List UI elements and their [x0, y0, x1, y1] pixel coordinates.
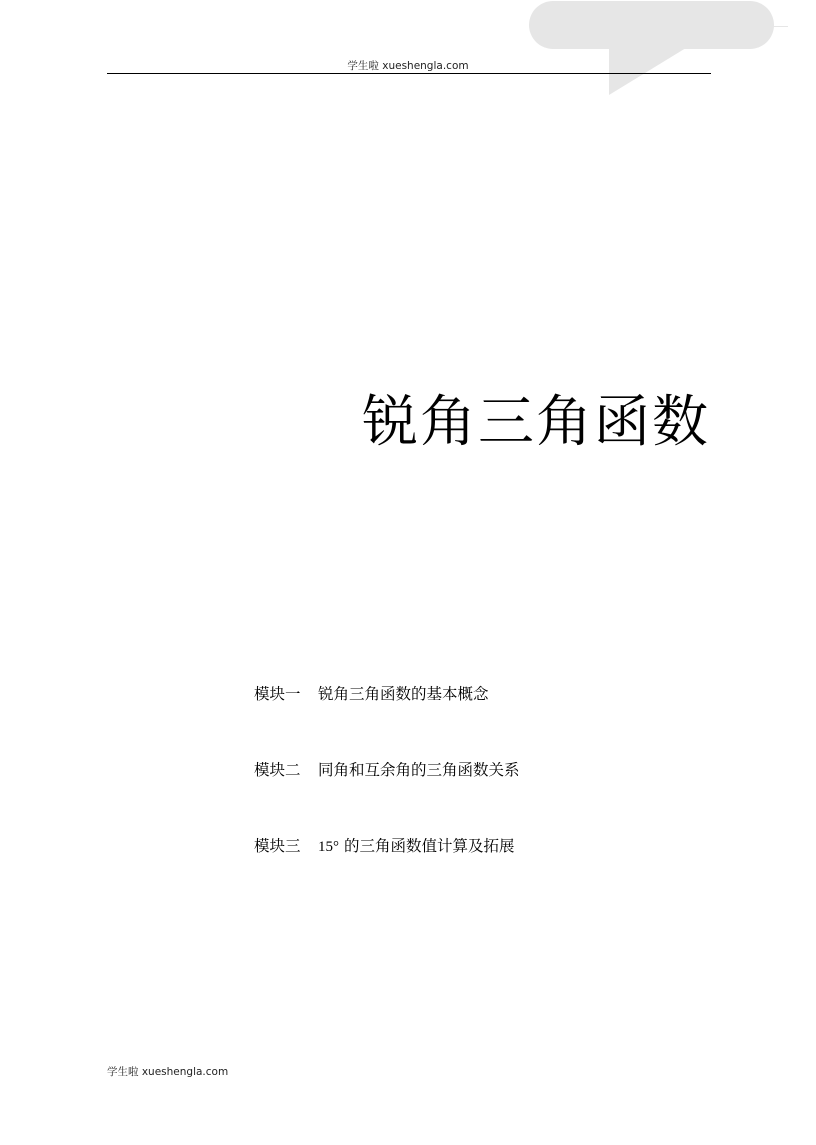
module-title: 锐角三角函数的基本概念 — [318, 685, 489, 703]
speech-bubble-edge — [773, 26, 788, 27]
module-label: 模块二 — [254, 758, 318, 780]
module-item-3: 模块三15° 的三角函数值计算及拓展 — [254, 834, 514, 856]
module-label: 模块三 — [254, 834, 318, 856]
page-header: 学生啦 xueshengla.com — [0, 58, 816, 73]
module-angle: 15° — [318, 839, 339, 855]
module-item-1: 模块一锐角三角函数的基本概念 — [254, 682, 489, 704]
module-item-2: 模块二同角和互余角的三角函数关系 — [254, 758, 520, 780]
module-title: 同角和互余角的三角函数关系 — [318, 761, 520, 779]
page-footer: 学生啦 xueshengla.com — [107, 1064, 228, 1079]
header-divider — [107, 73, 711, 74]
module-label: 模块一 — [254, 682, 318, 704]
document-title: 锐角三角函数 — [362, 378, 710, 458]
module-title: 的三角函数值计算及拓展 — [344, 837, 515, 855]
